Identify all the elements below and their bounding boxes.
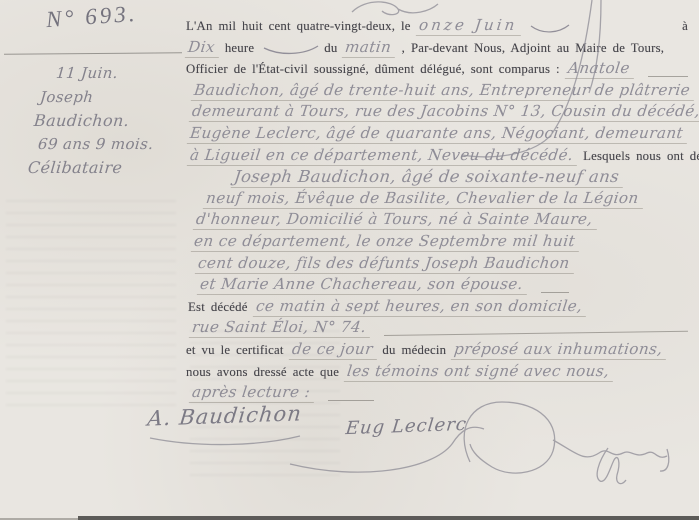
act-line: rue Saint Éloi, N° 74. bbox=[190, 318, 692, 340]
act-line: et Marie Anne Chachereau, son épouse. bbox=[198, 275, 692, 297]
printed-text: du médecin bbox=[382, 343, 446, 358]
act-line: L'An mil huit cent quatre-vingt-deux, le… bbox=[186, 16, 692, 38]
act-line: à Ligueil en ce département, Neveu du dé… bbox=[188, 146, 692, 168]
pen-flourish-icon bbox=[529, 23, 571, 35]
margin-rule bbox=[4, 52, 182, 55]
act-line: après lecture : bbox=[190, 383, 692, 405]
act-line: Eugène Leclerc, âgé de quarante ans, Nég… bbox=[188, 124, 692, 146]
margin-date: 11 Juin. bbox=[25, 62, 182, 86]
margin-last-name: Baudichon. bbox=[25, 109, 182, 133]
handwritten-hour: Dix bbox=[185, 38, 221, 58]
act-line: Officier de l'État-civil soussigné, dûme… bbox=[186, 59, 692, 81]
printed-text: nous avons dressé acte que bbox=[186, 365, 339, 380]
handwritten-text: les témoins ont signé avec nous, bbox=[344, 362, 616, 382]
scan-edge bbox=[78, 516, 699, 520]
act-line: Dix heure du matin , Par-devant Nous, Ad… bbox=[186, 38, 692, 60]
ruled-filler-line bbox=[384, 331, 688, 336]
printed-text: , Par-devant Nous, Adjoint au Maire de T… bbox=[402, 41, 665, 56]
handwritten-text: demeurant à Tours, rue des Jacobins N° 1… bbox=[189, 102, 699, 122]
handwritten-text: cent douze, fils des défunts Joseph Baud… bbox=[195, 254, 576, 274]
ruled-filler-line bbox=[541, 292, 569, 293]
printed-text: Est décédé bbox=[188, 300, 248, 315]
act-line: Est décédé ce matin à sept heures, en so… bbox=[188, 297, 692, 319]
act-line: d'honneur, Domicilié à Tours, né à Saint… bbox=[194, 210, 692, 232]
pen-flourish-icon bbox=[262, 44, 320, 56]
verso-bleed-through bbox=[6, 200, 176, 410]
handwritten-deceased-name: Joseph Baudichon, âgé de soixante-neuf a… bbox=[231, 167, 626, 188]
printed-text: et vu le certificat bbox=[186, 343, 284, 358]
ruled-filler-line bbox=[648, 76, 689, 77]
handwritten-text: Eugène Leclerc, âgé de quarante ans, Nég… bbox=[187, 124, 689, 144]
act-line: Joseph Baudichon, âgé de soixante-neuf a… bbox=[232, 167, 692, 189]
act-line: et vu le certificat de ce jour du médeci… bbox=[186, 340, 692, 362]
act-line: nous avons dressé acte que les témoins o… bbox=[186, 362, 692, 384]
signature-second-witness: Eug Leclerc bbox=[345, 414, 469, 439]
act-body: L'An mil huit cent quatre-vingt-deux, le… bbox=[186, 16, 692, 405]
act-line: neuf mois, Évêque de Basilite, Chevalier… bbox=[204, 189, 692, 211]
margin-annotations: 11 Juin. Joseph Baudichon. 69 ans 9 mois… bbox=[26, 62, 181, 180]
handwritten-text: en ce département, le onze Septembre mil… bbox=[191, 232, 581, 252]
printed-text: du bbox=[324, 41, 337, 56]
printed-text: heure bbox=[225, 41, 254, 56]
act-line: cent douze, fils des défunts Joseph Baud… bbox=[196, 254, 692, 276]
handwritten-text: d'honneur, Domicilié à Tours, né à Saint… bbox=[193, 210, 599, 230]
handwritten-death-time: ce matin à sept heures, en son domicile, bbox=[252, 297, 588, 317]
printed-text: à bbox=[682, 19, 688, 34]
act-number: N° 693. bbox=[45, 1, 138, 33]
handwritten-text: neuf mois, Évêque de Basilite, Chevalier… bbox=[203, 189, 645, 209]
margin-marital-status: Célibataire bbox=[25, 156, 182, 180]
ruled-filler-line bbox=[328, 400, 374, 401]
signature-declarant: A. Baudichon bbox=[146, 401, 303, 430]
handwritten-text: Baudichon, âgé de trente-huit ans, Entre… bbox=[191, 81, 696, 101]
act-line: en ce département, le onze Septembre mil… bbox=[192, 232, 692, 254]
handwritten-address: rue Saint Éloi, N° 74. bbox=[189, 318, 373, 338]
handwritten-period: matin bbox=[342, 38, 398, 58]
printed-text: Officier de l'État-civil soussigné, dûme… bbox=[186, 62, 560, 77]
handwritten-text: de ce jour bbox=[288, 340, 378, 360]
act-line: Baudichon, âgé de trente-huit ans, Entre… bbox=[192, 81, 692, 103]
death-record-scan: N° 693. 11 Juin. Joseph Baudichon. 69 an… bbox=[0, 0, 699, 520]
handwritten-date: onze Juin bbox=[415, 16, 523, 36]
handwritten-text: et Marie Anne Chachereau, son épouse. bbox=[197, 275, 529, 295]
printed-text: Lesquels nous ont déclaré que bbox=[583, 149, 699, 164]
margin-age: 69 ans 9 mois. bbox=[25, 133, 182, 157]
handwritten-name: Anatole bbox=[565, 59, 636, 79]
handwritten-text: préposé aux inhumations, bbox=[451, 340, 669, 360]
margin-first-name: Joseph bbox=[25, 86, 182, 110]
handwritten-text: après lecture : bbox=[189, 383, 317, 403]
handwritten-text: à Ligueil en ce département, Neveu du dé… bbox=[187, 146, 580, 166]
printed-text: L'An mil huit cent quatre-vingt-deux, le bbox=[186, 19, 411, 34]
act-line: demeurant à Tours, rue des Jacobins N° 1… bbox=[190, 102, 692, 124]
